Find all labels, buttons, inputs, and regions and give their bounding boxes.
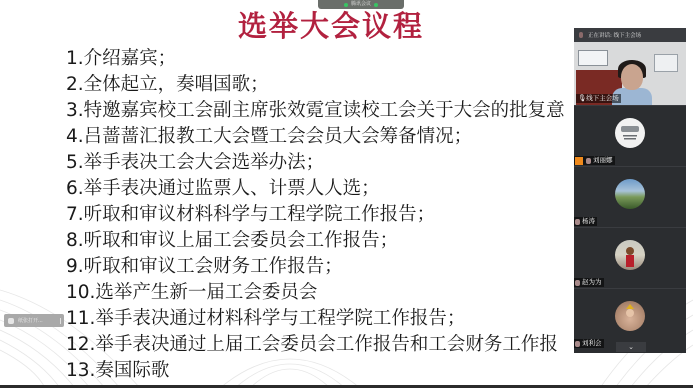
participant-tile[interactable]: 刘利会 bbox=[574, 288, 686, 349]
slide-title: 选举大会议程 bbox=[238, 8, 448, 44]
divider bbox=[60, 318, 61, 324]
participant-name-tag: 杨涛 bbox=[574, 217, 597, 226]
video-window bbox=[654, 54, 678, 72]
avatar bbox=[615, 179, 645, 209]
logo-avatar-icon bbox=[615, 118, 645, 148]
person-avatar-icon bbox=[615, 301, 645, 331]
agenda-item: 2.全体起立，奏唱国歌； bbox=[66, 72, 586, 98]
agenda-item: 9.听取和审议工会财务工作报告； bbox=[66, 254, 586, 280]
participant-tile[interactable]: 杨涛 bbox=[574, 166, 686, 227]
agenda-item: 4.吕蔷蔷汇报教工大会暨工会会员大会筹备情况； bbox=[66, 124, 586, 150]
mic-muted-icon bbox=[575, 280, 580, 286]
video-person-head bbox=[621, 64, 643, 90]
agenda-item: 6.举手表决通过监票人、计票人人选； bbox=[66, 176, 586, 202]
agenda-item: 1.介绍嘉宾； bbox=[66, 46, 586, 72]
video-name-tag: 🎙线下主会场 bbox=[576, 94, 621, 103]
document-icon bbox=[8, 318, 14, 324]
agenda-item: 13.奏国际歌 bbox=[66, 358, 586, 384]
agenda-item: 7.听取和审议材料科学与工程学院工作报告； bbox=[66, 202, 586, 228]
agenda-item: 5.举手表决工会大会选举办法； bbox=[66, 150, 586, 176]
participant-tile[interactable]: 刘丽娜 bbox=[574, 105, 686, 166]
mic-muted-icon bbox=[575, 341, 580, 347]
participant-tile[interactable]: 赵为为 bbox=[574, 227, 686, 288]
agenda-item: 10.选举产生新一届工会委员会 bbox=[66, 280, 586, 306]
floating-toolbar-label: 纸张打开... bbox=[18, 317, 43, 324]
video-window bbox=[578, 50, 608, 66]
avatar bbox=[615, 118, 645, 148]
speaking-indicator: 正在讲话: 线下主会场 bbox=[574, 28, 686, 42]
mic-icon bbox=[579, 32, 583, 38]
scroll-down-button[interactable]: ⌄ bbox=[616, 342, 646, 352]
avatar bbox=[615, 240, 645, 270]
participant-name-tag: 刘丽娜 bbox=[574, 156, 615, 165]
video-tile-main-venue[interactable]: 🎙线下主会场 bbox=[574, 42, 686, 105]
participant-name-tag: 赵为为 bbox=[574, 278, 604, 287]
participant-panel[interactable]: 正在讲话: 线下主会场 🎙线下主会场 刘丽娜 bbox=[574, 28, 686, 353]
agenda-item: 12.举手表决通过上届工会委员会工作报告和工会财务工作报 bbox=[66, 332, 586, 358]
floating-toolbar[interactable]: 纸张打开... bbox=[4, 314, 64, 327]
mic-muted-icon bbox=[575, 219, 580, 225]
host-icon bbox=[575, 157, 583, 165]
expand-icon bbox=[374, 3, 378, 7]
chevron-down-icon: ⌄ bbox=[628, 343, 634, 351]
participant-name-tag: 刘利会 bbox=[574, 339, 604, 348]
agenda-item: 11.举手表决通过材料科学与工程学院工作报告； bbox=[66, 306, 586, 332]
mic-muted-icon bbox=[586, 158, 591, 164]
speaking-label: 正在讲话: 线下主会场 bbox=[588, 31, 641, 39]
agenda-item: 8.听取和审议上届工会委员会工作报告； bbox=[66, 228, 586, 254]
person-avatar-icon bbox=[615, 240, 645, 270]
signal-icon bbox=[344, 3, 348, 7]
agenda-list: 1.介绍嘉宾； 2.全体起立，奏唱国歌； 3.特邀嘉宾校工会副主席张效霓宣读校工… bbox=[66, 46, 586, 384]
avatar bbox=[615, 301, 645, 331]
agenda-item: 3.特邀嘉宾校工会副主席张效霓宣读校工会关于大会的批复意 bbox=[66, 98, 586, 124]
